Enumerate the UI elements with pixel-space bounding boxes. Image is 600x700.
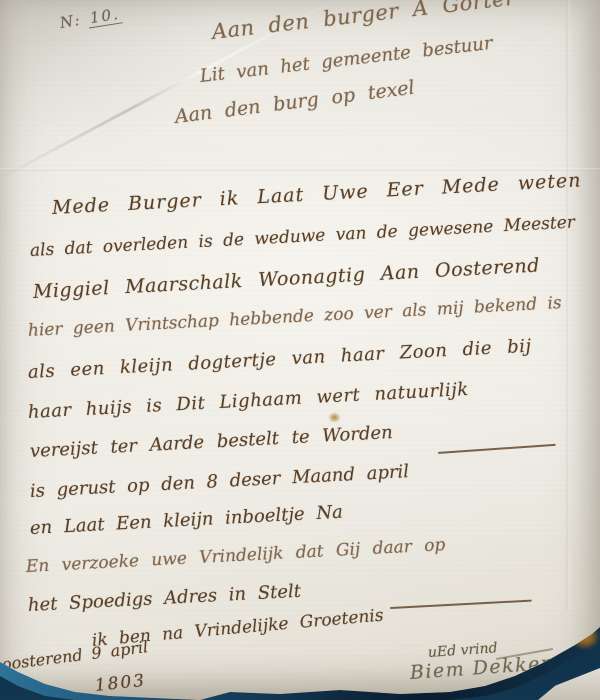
horizontal-fold-line <box>0 168 600 171</box>
ink-stain-spot <box>328 412 341 423</box>
photograph-of-handwritten-letter: N: 10. Aan den burger A Gorter Lit van h… <box>0 0 600 700</box>
document-number-prefix: N: <box>59 11 83 32</box>
letter-paper: N: 10. Aan den burger A Gorter Lit van h… <box>0 0 600 700</box>
vertical-fold-line <box>566 0 570 610</box>
